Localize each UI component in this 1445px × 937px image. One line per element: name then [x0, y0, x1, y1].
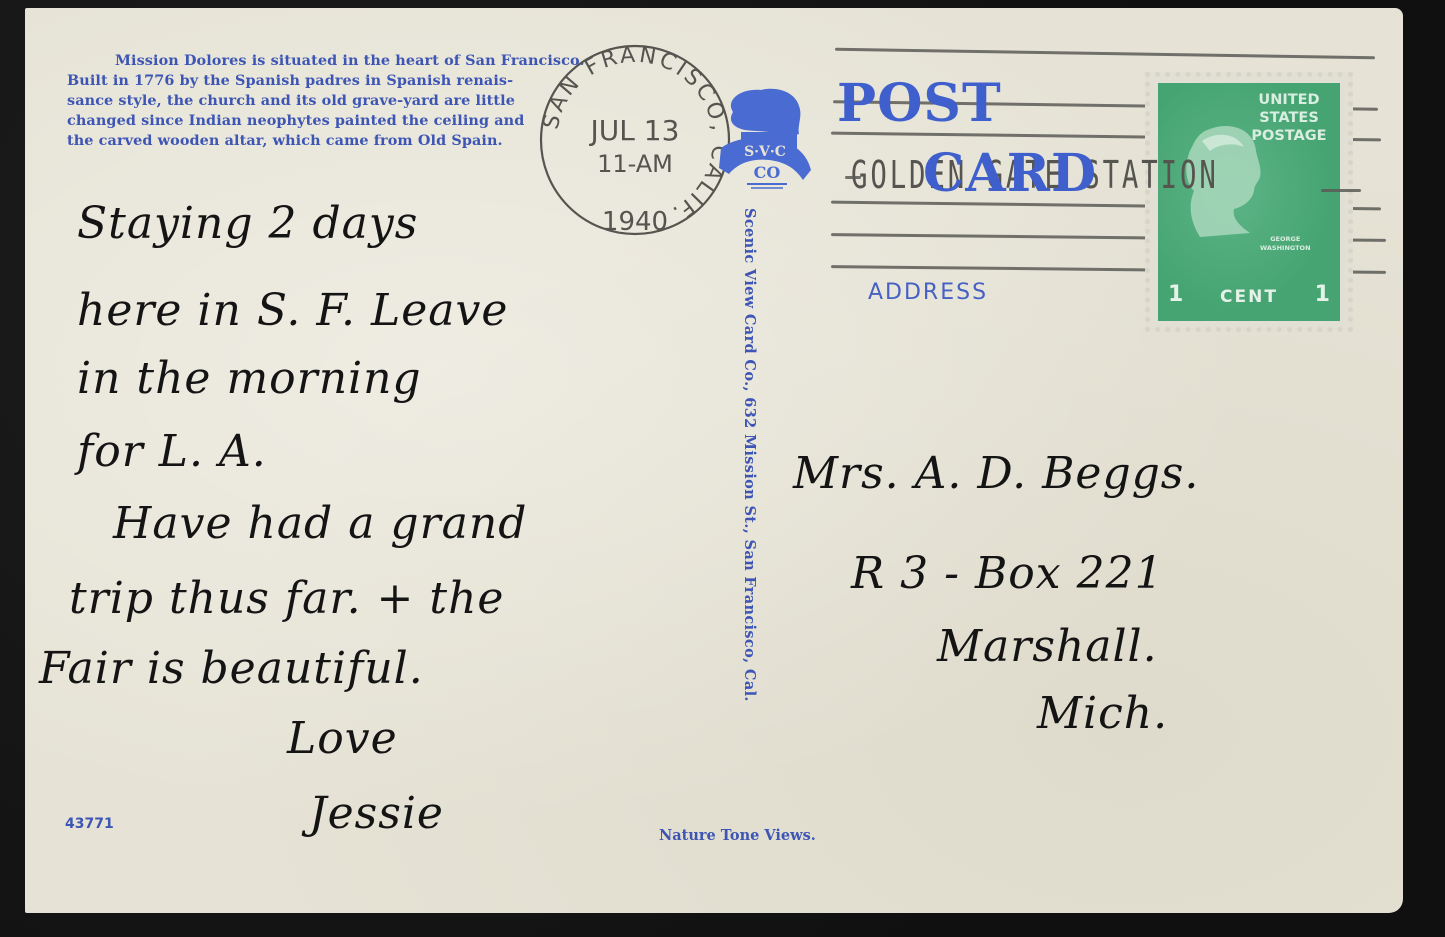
- message-line: Fair is beautiful.: [39, 643, 424, 694]
- postmark-icon: SAN FRANCISCO, CALIF. JUL 13 11-AM 1940: [535, 40, 735, 240]
- stamp-caption-line: GEORGE: [1260, 235, 1311, 244]
- postmark-date: JUL 13: [589, 114, 680, 147]
- message-line: here in S. F. Leave: [77, 285, 508, 336]
- series-label: Nature Tone Views.: [659, 827, 816, 844]
- recipient-state: Mich.: [1037, 688, 1168, 739]
- message-line: Have had a grand: [113, 498, 527, 549]
- postcard-back: Mission Dolores is situated in the heart…: [25, 8, 1403, 913]
- stamp-value-right: 1: [1315, 282, 1330, 307]
- catalog-number: 43771: [65, 816, 114, 832]
- postmark-time: 11-AM: [597, 150, 673, 178]
- message-line: in the morning: [77, 353, 422, 404]
- stamp-country-line: UNITED: [1244, 91, 1334, 109]
- stamp-caption-line: WASHINGTON: [1260, 244, 1311, 253]
- postmark-year: 1940: [602, 207, 668, 237]
- publisher-line: Scenic View Card Co., 632 Mission St., S…: [730, 208, 770, 828]
- recipient-city: Marshall.: [937, 621, 1158, 672]
- stamp-value: 1 CENT 1: [1158, 282, 1340, 307]
- cancel-dash: [1321, 189, 1361, 192]
- recipient-name: Mrs. A. D. Beggs.: [793, 448, 1199, 499]
- message-signature: Jessie: [309, 788, 444, 839]
- message-line: for L. A.: [77, 426, 267, 477]
- address-label: ADDRESS: [868, 280, 988, 305]
- logo-banner-text: S·V·C: [744, 144, 786, 160]
- stamp-value-word: CENT: [1220, 282, 1278, 307]
- postage-stamp: UNITED STATES POSTAGE GEORGE WASHINGTON …: [1145, 72, 1353, 332]
- cancel-dash: [845, 176, 861, 179]
- publisher-text: Scenic View Card Co., 632 Mission St., S…: [741, 208, 758, 702]
- post-heading: POST: [837, 78, 1002, 130]
- recipient-street: R 3 - Box 221: [851, 548, 1164, 599]
- stamp-value-left: 1: [1168, 282, 1183, 307]
- stamp-caption: GEORGE WASHINGTON: [1260, 235, 1311, 253]
- card-heading: CARD: [923, 148, 1097, 200]
- message-signoff: Love: [287, 713, 398, 764]
- message-line: Staying 2 days: [77, 198, 418, 249]
- bear-logo-icon: S·V·C CO: [715, 82, 815, 200]
- logo-sub-text: CO: [754, 163, 781, 182]
- cancel-line: [835, 48, 1375, 59]
- message-line: trip thus far. + the: [69, 573, 504, 624]
